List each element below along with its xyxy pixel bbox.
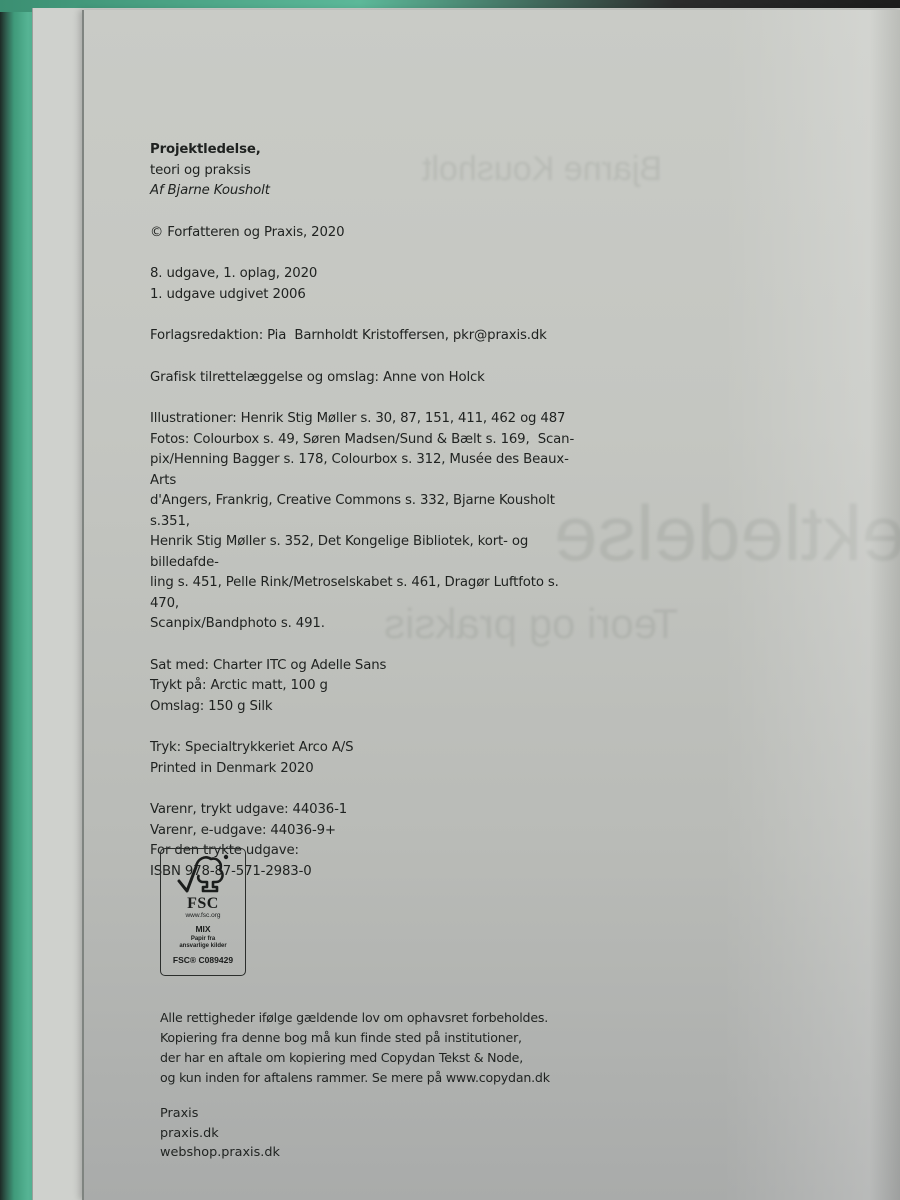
typeset-info: Sat med: Charter ITC og Adelle Sans bbox=[150, 656, 590, 677]
rights-notice: Alle rettigheder ifølge gældende lov om … bbox=[160, 1008, 540, 1088]
production-block: Sat med: Charter ITC og Adelle Sans Tryk… bbox=[150, 656, 590, 718]
publisher-webshop: webshop.praxis.dk bbox=[160, 1143, 280, 1163]
print-item-number: Varenr, trykt udgave: 44036-1 bbox=[150, 800, 590, 821]
photo-credit-line: d'Angers, Frankrig, Creative Commons s. … bbox=[150, 491, 590, 532]
book-subtitle: teori og praksis bbox=[150, 161, 590, 182]
publisher-block: Praxis praxis.dk webshop.praxis.dk bbox=[160, 1104, 280, 1163]
book-title: Projektledelse, bbox=[150, 140, 590, 161]
paper-info: Trykt på: Arctic matt, 100 g bbox=[150, 676, 590, 697]
rights-line: Alle rettigheder ifølge gældende lov om … bbox=[160, 1008, 540, 1028]
printing-block: Tryk: Specialtrykkeriet Arco A/S Printed… bbox=[150, 738, 590, 779]
edition-current: 8. udgave, 1. oplag, 2020 bbox=[150, 264, 590, 285]
fsc-license-code: FSC® C089429 bbox=[161, 954, 245, 966]
rights-line: der har en aftale om kopiering med Copyd… bbox=[160, 1048, 540, 1068]
colophon-text: Projektledelse, teori og praksis Af Bjar… bbox=[150, 140, 590, 903]
design-block: Grafisk tilrettelæggelse og omslag: Anne… bbox=[150, 368, 590, 389]
fsc-logo: FSC www.fsc.org MIX Papir fra ansvarlige… bbox=[160, 848, 246, 976]
photo-credit-line: Henrik Stig Møller s. 352, Det Kongelige… bbox=[150, 532, 590, 573]
fsc-label: MIX bbox=[161, 922, 245, 936]
design-credit: Grafisk tilrettelæggelse og omslag: Anne… bbox=[150, 368, 590, 389]
fsc-description-line: ansvarlige kilder bbox=[161, 943, 245, 950]
photo-credit-line: pix/Henning Bagger s. 178, Colourbox s. … bbox=[150, 450, 590, 491]
copyright-block: © Forfatteren og Praxis, 2020 bbox=[150, 223, 590, 244]
copyright-notice: © Forfatteren og Praxis, 2020 bbox=[150, 223, 590, 244]
fsc-url: www.fsc.org bbox=[161, 911, 245, 920]
photo-credit-line: ling s. 451, Pelle Rink/Metroselskabet s… bbox=[150, 573, 590, 614]
show-through-title: Projektledelse bbox=[554, 488, 900, 579]
rights-line: Kopiering fra denne bog må kun finde ste… bbox=[160, 1028, 540, 1048]
edition-first: 1. udgave udgivet 2006 bbox=[150, 285, 590, 306]
publisher-website: praxis.dk bbox=[160, 1124, 280, 1144]
cover-info: Omslag: 150 g Silk bbox=[150, 697, 590, 718]
title-block: Projektledelse, teori og praksis Af Bjar… bbox=[150, 140, 590, 202]
photo-credit-line: Fotos: Colourbox s. 49, Søren Madsen/Sun… bbox=[150, 430, 590, 451]
editorial-block: Forlagsredaktion: Pia Barnholdt Kristoff… bbox=[150, 326, 590, 347]
fsc-tree-checkmark-icon bbox=[175, 853, 231, 897]
publisher-name: Praxis bbox=[160, 1104, 280, 1124]
fsc-description-line: Papir fra bbox=[161, 936, 245, 943]
editorial-credit: Forlagsredaktion: Pia Barnholdt Kristoff… bbox=[150, 326, 590, 347]
image-credits-block: Illustrationer: Henrik Stig Møller s. 30… bbox=[150, 409, 590, 635]
rights-line: og kun inden for aftalens rammer. Se mer… bbox=[160, 1068, 540, 1088]
printer-info: Tryk: Specialtrykkeriet Arco A/S bbox=[150, 738, 590, 759]
photo-credit-line: Scanpix/Bandphoto s. 491. bbox=[150, 614, 590, 635]
ebook-item-number: Varenr, e-udgave: 44036-9+ bbox=[150, 821, 590, 842]
author-line: Af Bjarne Kousholt bbox=[150, 181, 590, 202]
illustrations-credit: Illustrationer: Henrik Stig Møller s. 30… bbox=[150, 409, 590, 430]
edition-block: 8. udgave, 1. oplag, 2020 1. udgave udgi… bbox=[150, 264, 590, 305]
printed-in: Printed in Denmark 2020 bbox=[150, 759, 590, 780]
fsc-brand: FSC bbox=[161, 897, 245, 911]
